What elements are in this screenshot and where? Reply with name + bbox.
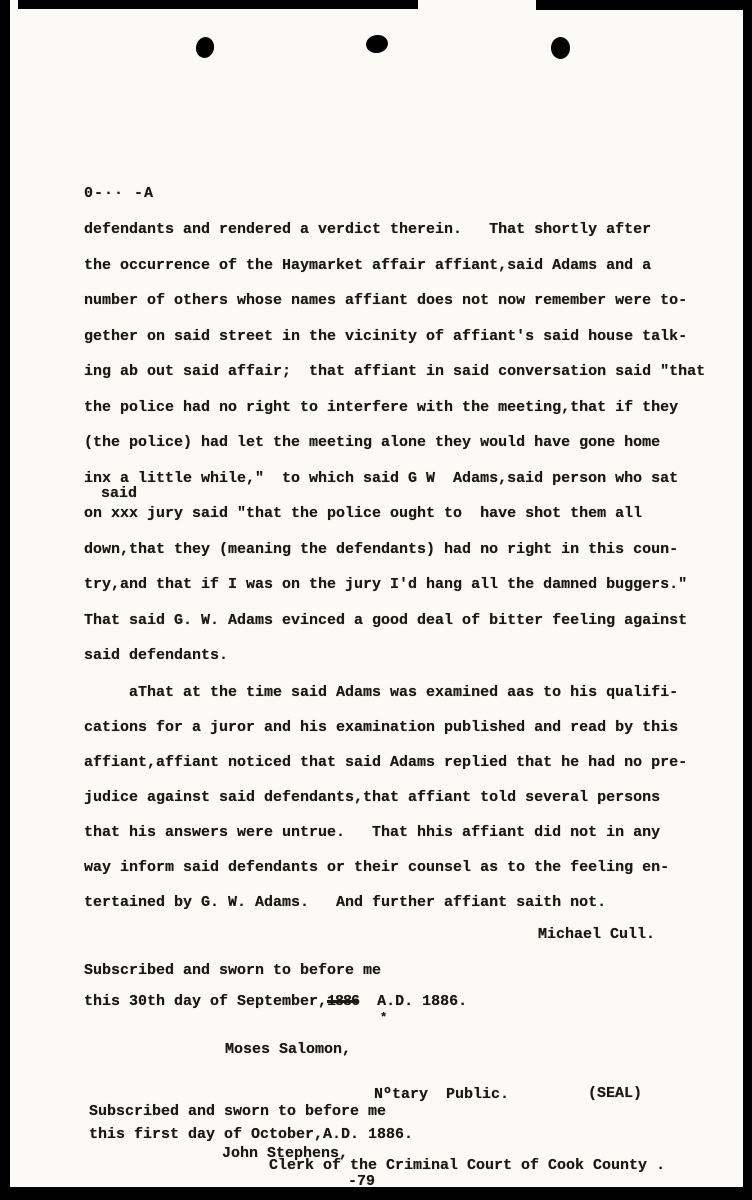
notary-name: Moses Salomon, bbox=[225, 1042, 351, 1059]
typed-line: (the police) had let the meeting alone t… bbox=[84, 425, 705, 461]
scan-edge-left bbox=[0, 0, 10, 1200]
jurat-september-line2: this 30th day of September,1886 A.D. 188… bbox=[84, 994, 467, 1011]
binding-dot-icon bbox=[365, 34, 389, 55]
typed-line: affiant,affiant noticed that said Adams … bbox=[84, 745, 687, 780]
typed-line: the occurrence of the Haymarket affair a… bbox=[84, 248, 705, 284]
typed-line: on xxx jury said "that the police ought … bbox=[84, 496, 705, 532]
jurat-october-line2: this first day of October,A.D. 1886. bbox=[89, 1127, 413, 1144]
page-number: -79 bbox=[348, 1174, 375, 1191]
scan-edge-bottom bbox=[0, 1187, 752, 1200]
deponent-signature: Michael Cull. bbox=[538, 927, 655, 944]
jurat-september-line1: Subscribed and sworn to before me bbox=[84, 963, 381, 980]
typed-line: aThat at the time said Adams was examine… bbox=[84, 675, 687, 710]
clerk-title: Clerk of the Criminal Court of Cook Coun… bbox=[269, 1158, 665, 1175]
typed-line: tertained by G. W. Adams. And further af… bbox=[84, 885, 687, 920]
typed-line: that his answers were untrue. That hhis … bbox=[84, 815, 687, 850]
struck-out-date: 1886 bbox=[327, 993, 359, 1010]
stray-typed-mark: * bbox=[380, 1012, 387, 1025]
affidavit-paragraph-2: aThat at the time said Adams was examine… bbox=[84, 675, 687, 920]
typed-line: the police had no right to interfere wit… bbox=[84, 390, 705, 426]
jurat-date-suffix: A.D. 1886. bbox=[359, 993, 467, 1010]
typed-line: try,and that if I was on the jury I'd ha… bbox=[84, 567, 705, 603]
typed-line: ing ab out said affair; that affiant in … bbox=[84, 354, 705, 390]
docket-marker: 0-·· -A bbox=[84, 186, 154, 203]
binding-dot-icon bbox=[551, 37, 570, 59]
binding-dot-icon bbox=[194, 35, 216, 59]
scanned-affidavit-page: 0-·· -A defendants and rendered a verdic… bbox=[0, 0, 752, 1200]
typed-line: That said G. W. Adams evinced a good dea… bbox=[84, 603, 705, 639]
interlinear-insertion: said bbox=[101, 486, 137, 503]
jurat-october-line1: Subscribed and sworn to before me bbox=[89, 1104, 386, 1121]
typed-line: cations for a juror and his examination … bbox=[84, 710, 687, 745]
typed-line: said defendants. bbox=[84, 638, 705, 674]
seal-stamp: (SEAL) bbox=[588, 1086, 642, 1103]
typed-line: judice against said defendants,that affi… bbox=[84, 780, 687, 815]
scan-edge-top-right bbox=[536, 0, 752, 10]
typed-line: defendants and rendered a verdict therei… bbox=[84, 212, 705, 248]
jurat-date-prefix: this 30th day of September, bbox=[84, 993, 327, 1010]
affidavit-paragraph-1: defendants and rendered a verdict therei… bbox=[84, 212, 705, 674]
typed-line: inx a little while," to which said G W A… bbox=[84, 461, 705, 497]
typed-line: gether on said street in the vicinity of… bbox=[84, 319, 705, 355]
scan-edge-top-left bbox=[18, 0, 418, 9]
typed-line: number of others whose names affiant doe… bbox=[84, 283, 705, 319]
scan-edge-right bbox=[743, 0, 752, 1200]
typed-line: way inform said defendants or their coun… bbox=[84, 850, 687, 885]
typed-line: down,that they (meaning the defendants) … bbox=[84, 532, 705, 568]
notary-title: Nºtary Public. bbox=[374, 1087, 509, 1104]
